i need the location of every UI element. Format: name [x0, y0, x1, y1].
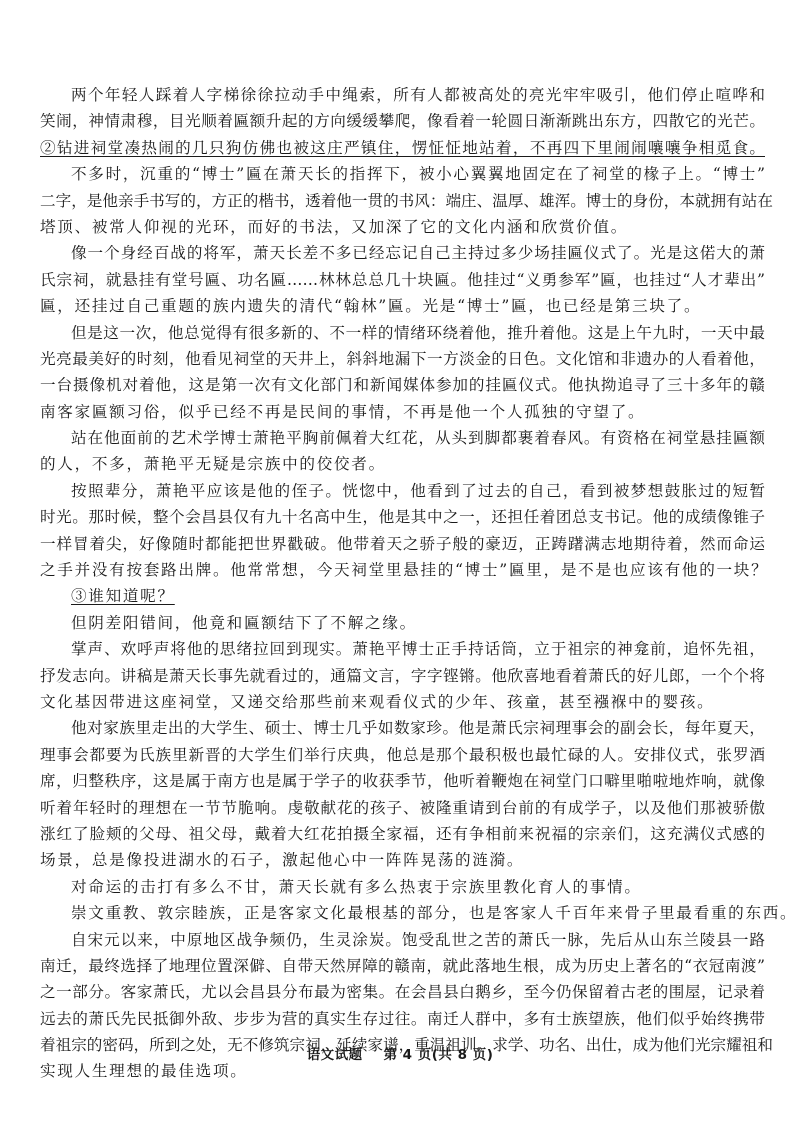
text-line: 匾，还挂过自己重题的族内遗失的清代“翰林”匾。光是“博士”匾，也已经是第三块了。: [40, 293, 765, 319]
line-text: 南客家匾额习俗，似乎已经不再是民间的事情，不再是他一个人孤独的守望了。: [40, 403, 645, 421]
line-text: 一台摄像机对着他，这是第一次有文化部门和新闻媒体参加的挂匾仪式。他执拗追寻了三十…: [40, 372, 765, 398]
footer-subject: 语文试题: [307, 1047, 363, 1063]
line-text: 场景，总是像投进湖水的石子，激起他心中一阵阵晃荡的涟漪。: [40, 851, 524, 869]
line-text: 抒发志向。讲稿是萧天长事先就看过的，通篇文言，字字铿锵。他欣喜地看着萧氏的好儿郎…: [40, 663, 765, 689]
line-text: 涨红了脸颊的父母、祖父母，戴着大红花拍摄全家福，还有争相前来祝福的宗亲们，这充满…: [40, 821, 765, 847]
line-text: 听着年轻时的理想在一节节脆响。虔敬献花的孩子、被隆重请到台前的有成学子，以及他们…: [40, 795, 765, 821]
text-line: 抒发志向。讲稿是萧天长事先就看过的，通篇文言，字字铿锵。他欣喜地看着萧氏的好儿郎…: [40, 663, 765, 689]
text-line: 但阴差阳错间，他竟和匾额结下了不解之缘。: [40, 610, 765, 636]
line-text: 文化基因带进这座祠堂，又递交给那些前来观看仪式的少年、孩童，甚至襁褓中的婴孩。: [40, 693, 714, 711]
text-line: 一台摄像机对着他，这是第一次有文化部门和新闻媒体参加的挂匾仪式。他执拗追寻了三十…: [40, 372, 765, 398]
line-text: 但是这一次，他总觉得有很多新的、不一样的情绪环绕着他，推升着他。这是上午九时，一…: [71, 320, 765, 346]
line-text: 掌声、欢呼声将他的思绪拉回到现实。萧艳平博士正手持话筒，立于祖宗的神龛前，追怀先…: [71, 636, 765, 662]
underlined-sentence: ②钻进祠堂凑热闹的几只狗仿佛也被这庄严镇住，愣怔怔地站着，不再四下里闹闹嚷嚷争相…: [40, 135, 765, 161]
text-line: 之手并没有按套路出牌。他常常想，今天祠堂里悬挂的“博士”匾里，是不是也应该有他的…: [40, 557, 765, 583]
text-line: 崇文重教、敦宗睦族，正是客家文化最根基的部分，也是客家人千百年来骨子里最看重的东…: [40, 900, 765, 926]
text-line: 的人，不多，萧艳平无疑是宗族中的佼佼者。: [40, 451, 765, 477]
text-line: 按照辈分，萧艳平应该是他的侄子。恍惚中，他看到了过去的自己，看到被梦想鼓胀过的短…: [40, 478, 765, 504]
line-text: 时光。那时候，整个会昌县仅有九十名高中生，他是其中之一，还担任着团总支书记。他的…: [40, 504, 765, 530]
text-line: 场景，总是像投进湖水的石子，激起他心中一阵阵晃荡的涟漪。: [40, 847, 765, 873]
line-text: 实现人生理想的最佳选项。: [40, 1062, 248, 1080]
line-text: 按照辈分，萧艳平应该是他的侄子。恍惚中，他看到了过去的自己，看到被梦想鼓胀过的短…: [71, 478, 765, 504]
text-line: 站在他面前的艺术学博士萧艳平胸前佩着大红花，从头到脚都裹着春风。有资格在祠堂悬挂…: [40, 425, 765, 451]
text-line: 时光。那时候，整个会昌县仅有九十名高中生，他是其中之一，还担任着团总支书记。他的…: [40, 504, 765, 530]
line-text: 他对家族里走出的大学生、硕士、博士几乎如数家珍。他是萧氏宗祠理事会的副会长，每年…: [71, 715, 765, 741]
line-text: 远去的萧氏先民抵御外敌、步步为营的真实生存过往。南迁人群中，多有士族望族，他们似…: [40, 1006, 765, 1032]
line-text: 崇文重教、敦宗睦族，正是客家文化最根基的部分，也是客家人千百年来骨子里最看重的东…: [71, 904, 797, 922]
line-text: 二字，是他亲手书写的，方正的楷书，透着他一贯的书风：端庄、温厚、雄浑。博士的身份…: [40, 188, 765, 214]
line-text: 两个年轻人踩着人字梯徐徐拉动手中绳索，所有人都被高处的亮光牢牢吸引，他们停止喧哗…: [71, 82, 765, 108]
line-text: 塔顶、被常人仰视的光环，而好的书法，又加深了它的文化内涵和欣赏价值。: [40, 218, 628, 236]
text-line: 塔顶、被常人仰视的光环，而好的书法，又加深了它的文化内涵和欣赏价值。: [40, 214, 765, 240]
text-line: 像一个身经百战的将军，萧天长差不多已经忘记自己主持过多少场挂匾仪式了。光是这偌大…: [40, 240, 765, 266]
page-footer: 语文试题 第 4 页(共 8 页): [0, 1043, 800, 1063]
line-text: 的人，不多，萧艳平无疑是宗族中的佼佼者。: [40, 455, 386, 473]
text-line: 文化基因带进这座祠堂，又递交给那些前来观看仪式的少年、孩童，甚至襁褓中的婴孩。: [40, 689, 765, 715]
text-line: ②钻进祠堂凑热闹的几只狗仿佛也被这庄严镇住，愣怔怔地站着，不再四下里闹闹嚷嚷争相…: [40, 135, 765, 161]
text-line: 理事会都要为氏族里新晋的大学生们举行庆典，他总是那个最积极也最忙碌的人。安排仪式…: [40, 742, 765, 768]
text-line: 掌声、欢呼声将他的思绪拉回到现实。萧艳平博士正手持话筒，立于祖宗的神龛前，追怀先…: [40, 636, 765, 662]
text-line: 不多时，沉重的“博士”匾在萧天长的指挥下，被小心翼翼地固定在了祠堂的椽子上。“博…: [40, 161, 765, 187]
line-text: 南迁，最终选择了地理位置深僻、自带天然屏障的赣南，就此落地生根，成为历史上著名的…: [40, 953, 765, 979]
text-line: 二字，是他亲手书写的，方正的楷书，透着他一贯的书风：端庄、温厚、雄浑。博士的身份…: [40, 188, 765, 214]
underlined-sentence: ③谁知道呢？: [71, 587, 175, 605]
line-text: 匾，还挂过自己重题的族内遗失的清代“翰林”匾。光是“博士”匾，也已经是第三块了。: [40, 297, 701, 315]
line-text: 之手并没有按套路出牌。他常常想，今天祠堂里悬挂的“博士”匾里，是不是也应该有他的…: [40, 561, 768, 579]
text-line: 自宋元以来，中原地区战争频仍，生灵涂炭。饱受乱世之苦的萧氏一脉，先后从山东兰陵县…: [40, 927, 765, 953]
line-text: 光亮最美好的时刻，他看见祠堂的天井上，斜斜地漏下一方淡金的日色。文化馆和非遗办的…: [40, 346, 765, 372]
text-line: 之一部分。客家萧氏，尤以会昌县分布最为密集。在会昌县白鹅乡，至今仍保留着古老的围…: [40, 979, 765, 1005]
exam-page: 两个年轻人踩着人字梯徐徐拉动手中绳索，所有人都被高处的亮光牢牢吸引，他们停止喧哗…: [0, 0, 800, 1131]
text-line: 笑闹，神情肃穆，目光顺着匾额升起的方向缓缓攀爬，像看着一轮圆日渐渐跳出东方，四散…: [40, 108, 765, 134]
line-text: 对命运的击打有多么不甘，萧天长就有多么热衷于宗族里教化育人的事情。: [71, 878, 642, 896]
line-text: 但阴差阳错间，他竟和匾额结下了不解之缘。: [71, 614, 417, 632]
text-line: 氏宗祠，就悬挂有堂号匾、功名匾……林林总总几十块匾。他挂过“义勇参军”匾，也挂过…: [40, 267, 765, 293]
text-line: 但是这一次，他总觉得有很多新的、不一样的情绪环绕着他，推升着他。这是上午九时，一…: [40, 320, 765, 346]
text-line: 对命运的击打有多么不甘，萧天长就有多么热衷于宗族里教化育人的事情。: [40, 874, 765, 900]
footer-page-number: 第 4 页(共 8 页): [383, 1047, 493, 1063]
line-text: 之一部分。客家萧氏，尤以会昌县分布最为密集。在会昌县白鹅乡，至今仍保留着古老的围…: [40, 979, 765, 1005]
line-text: 笑闹，神情肃穆，目光顺着匾额升起的方向缓缓攀爬，像看着一轮圆日渐渐跳出东方，四散…: [40, 108, 765, 134]
text-line: 光亮最美好的时刻，他看见祠堂的天井上，斜斜地漏下一方淡金的日色。文化馆和非遗办的…: [40, 346, 765, 372]
line-text: 氏宗祠，就悬挂有堂号匾、功名匾……林林总总几十块匾。他挂过“义勇参军”匾，也挂过…: [40, 267, 765, 293]
reading-passage: 两个年轻人踩着人字梯徐徐拉动手中绳索，所有人都被高处的亮光牢牢吸引，他们停止喧哗…: [40, 82, 765, 1085]
text-line: 两个年轻人踩着人字梯徐徐拉动手中绳索，所有人都被高处的亮光牢牢吸引，他们停止喧哗…: [40, 82, 765, 108]
line-text: 席，归整秩序，这是属于南方也是属于学子的收获季节，他听着鞭炮在祠堂门口噼里啪啦地…: [40, 768, 765, 794]
text-line: 南迁，最终选择了地理位置深僻、自带天然屏障的赣南，就此落地生根，成为历史上著名的…: [40, 953, 765, 979]
text-line: 他对家族里走出的大学生、硕士、博士几乎如数家珍。他是萧氏宗祠理事会的副会长，每年…: [40, 715, 765, 741]
line-text: 一样冒着尖，好像随时都能把世界戳破。他带着天之骄子般的豪迈，正踌躇满志地期待着，…: [40, 531, 765, 557]
footer-gap: [363, 1047, 384, 1063]
text-line: 南客家匾额习俗，似乎已经不再是民间的事情，不再是他一个人孤独的守望了。: [40, 399, 765, 425]
line-text: 站在他面前的艺术学博士萧艳平胸前佩着大红花，从头到脚都裹着春风。有资格在祠堂悬挂…: [71, 425, 765, 451]
line-text: 理事会都要为氏族里新晋的大学生们举行庆典，他总是那个最积极也最忙碌的人。安排仪式…: [40, 742, 765, 768]
text-line: ③谁知道呢？: [40, 583, 765, 609]
text-line: 一样冒着尖，好像随时都能把世界戳破。他带着天之骄子般的豪迈，正踌躇满志地期待着，…: [40, 531, 765, 557]
line-text: 像一个身经百战的将军，萧天长差不多已经忘记自己主持过多少场挂匾仪式了。光是这偌大…: [71, 240, 765, 266]
text-line: 远去的萧氏先民抵御外敌、步步为营的真实生存过往。南迁人群中，多有士族望族，他们似…: [40, 1006, 765, 1032]
text-line: 听着年轻时的理想在一节节脆响。虔敬献花的孩子、被隆重请到台前的有成学子，以及他们…: [40, 795, 765, 821]
text-line: 涨红了脸颊的父母、祖父母，戴着大红花拍摄全家福，还有争相前来祝福的宗亲们，这充满…: [40, 821, 765, 847]
text-line: 席，归整秩序，这是属于南方也是属于学子的收获季节，他听着鞭炮在祠堂门口噼里啪啦地…: [40, 768, 765, 794]
line-text: 不多时，沉重的“博士”匾在萧天长的指挥下，被小心翼翼地固定在了祠堂的椽子上。“博…: [71, 161, 765, 187]
line-text: 自宋元以来，中原地区战争频仍，生灵涂炭。饱受乱世之苦的萧氏一脉，先后从山东兰陵县…: [71, 927, 765, 953]
